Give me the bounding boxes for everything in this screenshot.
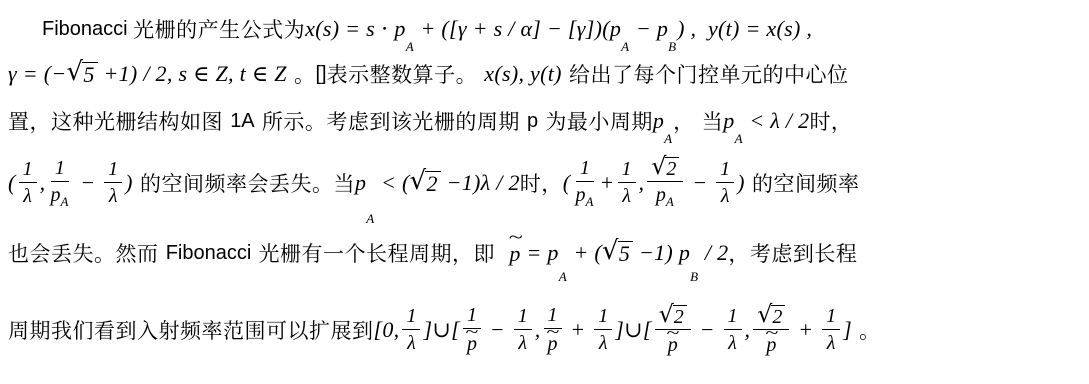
cjk-text: 所示。考虑到该光栅的周期: [255, 106, 527, 136]
math-text: ): [737, 170, 745, 196]
fraction-denominator: λ: [405, 330, 418, 354]
math-base: p: [656, 184, 666, 206]
math-text: ) , y(t) = x(s) ,: [677, 16, 812, 42]
math-text: + (: [568, 240, 602, 266]
fraction: 1λ: [724, 306, 742, 354]
fraction-denominator: λ: [825, 330, 838, 354]
sqrt-radical: √5: [67, 62, 98, 86]
radicand: 5: [618, 241, 633, 265]
math-text: 1: [406, 306, 416, 327]
fraction-denominator: p~: [764, 330, 778, 356]
fraction: 1λ: [402, 306, 420, 354]
fraction: 1λ: [822, 306, 840, 354]
math-text: < (: [375, 170, 409, 196]
math-text: ]: [843, 317, 852, 343]
latin-text: Fibonacci: [42, 18, 133, 41]
math-text: +1) / 2, s ∈ Z, t ∈ Z: [98, 61, 287, 87]
cjk-text: 光栅的产生公式为: [133, 14, 305, 44]
latin-text: Fibonacci: [166, 242, 252, 265]
math-text: + ([γ + s / α] − [γ])(p: [415, 16, 622, 42]
text-line: γ = (−√5 +1) / 2, s ∈ Z, t ∈ Z 。[]表示整数算子…: [8, 50, 1085, 98]
fraction-denominator: p~: [465, 329, 479, 355]
math-base-with-subscript: pA: [656, 185, 675, 209]
math-text: 1: [826, 306, 836, 327]
fraction-denominator: p~: [546, 329, 560, 355]
fraction: 1pA: [48, 158, 71, 209]
math-base-with-subscript: pA: [575, 185, 594, 209]
fraction-denominator: λ: [107, 183, 120, 207]
math-text: (: [563, 170, 571, 196]
fraction-denominator: λ: [597, 330, 610, 354]
cjk-text: 光栅有一个长程周期，即: [251, 238, 509, 268]
sqrt-radical: √2: [651, 157, 679, 179]
fraction-denominator: λ: [620, 183, 633, 207]
math-text: λ: [518, 333, 527, 354]
cjk-text: 表示整数算子。: [327, 59, 485, 89]
math-subscript: A: [666, 194, 674, 209]
fraction-numerator: 1: [724, 306, 742, 330]
fraction-denominator: p~: [666, 330, 680, 356]
math-text: λ: [721, 186, 730, 207]
math-text: p: [355, 170, 366, 196]
math-text: 1: [55, 158, 65, 179]
math-subscript: A: [60, 194, 68, 209]
math-text: ,: [40, 170, 46, 196]
fraction: 1λ: [514, 306, 532, 354]
fraction-numerator: √2: [647, 157, 683, 182]
radicand: 2: [665, 157, 679, 179]
cjk-text: 时，: [520, 168, 563, 198]
cjk-text: 周期我们看到入射频率范围可以扩展到: [8, 315, 374, 345]
fraction-numerator: 1: [618, 159, 636, 183]
text-line: Fibonacci 光栅的产生公式为x(s) = s ⋅ pA + ([γ + …: [8, 8, 1085, 50]
math-text: p: [653, 108, 664, 134]
tilde-mark-icon: ~: [466, 323, 479, 340]
fraction: 1λ: [19, 159, 37, 207]
math-text: ,: [639, 170, 645, 196]
fraction-denominator: pA: [654, 182, 677, 209]
math-text: 1: [728, 306, 738, 327]
fraction: 1p~: [544, 305, 562, 355]
math-text: ): [125, 170, 133, 196]
sqrt-radical: √5: [602, 241, 633, 265]
fraction-numerator: 1: [594, 306, 612, 330]
fraction: 1λ: [104, 159, 122, 207]
math-base: p: [50, 184, 60, 206]
math-text: −: [484, 317, 511, 343]
radicand: 2: [425, 171, 440, 195]
text-line: (1λ,1pA − 1λ) 的空间频率会丢失。当pA < (√2 −1)λ / …: [8, 144, 1085, 222]
fraction-numerator: 1: [822, 306, 840, 330]
math-text: 1: [23, 159, 33, 180]
fraction-numerator: 1: [19, 159, 37, 183]
fraction-numerator: 1: [716, 159, 734, 183]
sqrt-radical: √2: [410, 171, 441, 195]
math-text: ]∪[: [423, 317, 459, 343]
fraction-denominator: λ: [21, 183, 34, 207]
radicand: 5: [82, 62, 97, 86]
radical-sign-icon: √: [67, 61, 84, 84]
fraction-numerator: 1: [51, 158, 69, 182]
math-text: ,: [745, 317, 751, 343]
math-text: (: [8, 170, 16, 196]
math-text: / 2: [699, 240, 728, 266]
text-line: 也会丢失。然而 Fibonacci 光栅有一个长程周期，即 p~ = pA + …: [8, 226, 1085, 280]
tilde-mark-icon: ~: [547, 323, 560, 340]
fraction-denominator: λ: [719, 183, 732, 207]
radical-sign-icon: √: [651, 156, 666, 177]
cjk-text: 给出了每个门控单元的中心位: [562, 59, 849, 89]
math-text: −: [686, 170, 713, 196]
radical-sign-icon: √: [410, 170, 427, 193]
latin-text: p: [527, 110, 538, 133]
math-text: λ: [728, 333, 737, 354]
math-text: +: [792, 317, 819, 343]
math-text: −1)λ / 2: [441, 170, 520, 196]
math-subscript: A: [366, 211, 374, 227]
math-text: p: [723, 108, 734, 134]
latin-text: 1A: [230, 110, 254, 133]
math-text: +: [599, 170, 614, 196]
fraction: 1λ: [618, 159, 636, 207]
fraction: √2p~: [655, 305, 691, 356]
math-text: λ: [23, 186, 32, 207]
math-base: p: [575, 184, 585, 206]
math-text: −: [74, 170, 101, 196]
math-text: 1: [720, 159, 730, 180]
fraction-numerator: 1: [576, 158, 594, 182]
tilde-variable: p~: [548, 334, 558, 355]
radical-sign-icon: √: [659, 304, 674, 325]
fraction-denominator: λ: [726, 330, 739, 354]
tilde-mark-icon: ~: [508, 229, 523, 248]
tilde-variable: p~: [509, 241, 520, 267]
cjk-text: 置，这种光栅结构如图: [8, 106, 230, 136]
cjk-text: 的空间频率: [745, 168, 860, 198]
document-page: Fibonacci 光栅的产生公式为x(s) = s ⋅ pA + ([γ + …: [0, 0, 1089, 384]
math-text: = p: [521, 240, 559, 266]
fraction: 1p~: [463, 305, 481, 355]
tilde-variable: p~: [766, 335, 776, 356]
math-text: − p: [630, 16, 668, 42]
cjk-text: 时，: [809, 106, 852, 136]
math-text: λ: [622, 186, 631, 207]
math-text: 1: [108, 159, 118, 180]
math-text: −: [694, 317, 721, 343]
math-base-with-subscript: pA: [50, 185, 69, 209]
fraction: 1λ: [716, 159, 734, 207]
math-text: γ = (−: [8, 61, 67, 87]
radical-sign-icon: √: [757, 304, 772, 325]
fraction-numerator: 1: [402, 306, 420, 330]
cjk-text: 也会丢失。然而: [8, 238, 166, 268]
math-text: x(s) = s ⋅ p: [305, 16, 406, 42]
text-line: 周期我们看到入射频率范围可以扩展到[0,1λ]∪[1p~ − 1λ,1p~ + …: [8, 282, 1085, 378]
cjk-text: 。: [852, 315, 881, 345]
fraction-denominator: pA: [573, 182, 596, 209]
math-subscript: A: [585, 194, 593, 209]
cjk-text: 。: [287, 59, 316, 89]
fraction-numerator: 1: [514, 306, 532, 330]
tilde-mark-icon: ~: [765, 324, 778, 341]
math-text: ]∪[: [615, 317, 651, 343]
tilde-variable: p~: [668, 335, 678, 356]
cjk-text: 的空间频率会丢失。当: [133, 168, 355, 198]
cjk-text: ， 当: [673, 106, 723, 136]
math-text: +: [565, 317, 592, 343]
math-text: λ: [407, 333, 416, 354]
cjk-text: ，考虑到长程: [728, 238, 857, 268]
fraction-numerator: 1: [104, 159, 122, 183]
math-text: 1: [518, 306, 528, 327]
tilde-mark-icon: ~: [667, 324, 680, 341]
math-text: < λ / 2: [744, 108, 810, 134]
math-text: λ: [599, 333, 608, 354]
math-text: −1) p: [633, 240, 690, 266]
math-text: [0,: [374, 317, 400, 343]
math-text: 1: [598, 306, 608, 327]
text-line: 置，这种光栅结构如图 1A 所示。考虑到该光栅的周期 p 为最小周期pA， 当p…: [8, 100, 1085, 142]
math-text: λ: [109, 186, 118, 207]
fraction-denominator: λ: [516, 330, 529, 354]
fraction: √2p~: [753, 305, 789, 356]
cjk-text: 为最小周期: [538, 106, 653, 136]
fraction-denominator: pA: [48, 182, 71, 209]
math-text: ,: [535, 317, 541, 343]
fraction: √2pA: [647, 157, 683, 209]
math-text: λ: [827, 333, 836, 354]
fraction: 1λ: [594, 306, 612, 354]
tilde-variable: p~: [467, 334, 477, 355]
math-text: x(s), y(t): [484, 61, 562, 87]
math-text: 1: [580, 158, 590, 179]
math-text: 1: [622, 159, 632, 180]
radical-sign-icon: √: [602, 240, 619, 263]
latin-text: []: [315, 63, 326, 86]
fraction: 1pA: [573, 158, 596, 209]
